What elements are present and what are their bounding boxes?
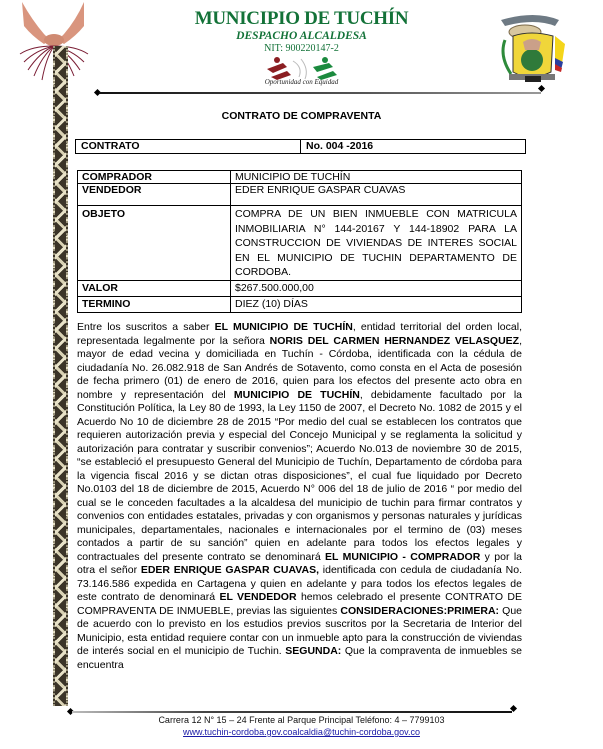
table-row-termino: TERMINO DIEZ (10) DÍAS [78, 297, 521, 312]
text-run: , debidamente facultado por la Constituc… [77, 389, 522, 563]
row-label: VALOR [78, 281, 231, 296]
row-label: TERMINO [78, 297, 231, 312]
table-row-valor: VALOR $267.500.000,00 [78, 281, 521, 297]
bold-text-run: EL MUNICIPIO - COMPRADOR [325, 551, 480, 563]
bold-text-run: EL VENDEDOR [219, 591, 296, 603]
contract-number: No. 004 -2016 [301, 140, 525, 153]
row-label: VENDEDOR [78, 184, 231, 205]
coat-of-arms-icon [495, 6, 603, 88]
woven-strip-decoration [53, 46, 68, 706]
bold-text-run: MUNICIPIO DE TUCHÍN [234, 389, 360, 401]
contract-label: CONTRATO [76, 140, 301, 153]
contract-details-table: COMPRADOR MUNICIPIO DE TUCHÍN VENDEDOR E… [77, 170, 522, 313]
table-row-comprador: COMPRADOR MUNICIPIO DE TUCHÍN [78, 171, 521, 184]
row-label: COMPRADOR [78, 171, 231, 183]
footer-address: Carrera 12 N° 15 – 24 Frente al Parque P… [0, 715, 603, 725]
document-title: CONTRATO DE COMPRAVENTA [0, 110, 603, 122]
table-row-vendedor: VENDEDOR EDER ENRIQUE GASPAR CUAVAS [78, 184, 521, 206]
bold-text-run: EDER ENRIQUE GASPAR CUAVAS, [141, 564, 319, 576]
footer-rule [72, 711, 512, 713]
bold-text-run: SEGUNDA: [285, 645, 341, 657]
row-value: MUNICIPIO DE TUCHÍN [231, 171, 521, 183]
contract-body-paragraph: Entre los suscritos a saber EL MUNICIPIO… [77, 321, 522, 672]
text-run: Entre los suscritos a saber [77, 321, 215, 333]
table-row-objeto: OBJETO COMPRA DE UN BIEN INMUEBLE CON MA… [78, 206, 521, 281]
bold-text-run: EL MUNICIPIO DE TUCHÍN [215, 321, 353, 333]
row-value: EDER ENRIQUE GASPAR CUAVAS [231, 184, 521, 205]
contract-number-table: CONTRATO No. 004 -2016 [75, 139, 526, 154]
row-value: COMPRA DE UN BIEN INMUEBLE CON MATRICULA… [231, 206, 521, 280]
row-label: OBJETO [78, 206, 231, 280]
header-rule [99, 92, 541, 94]
bold-text-run: NORIS DEL CARMEN HERNANDEZ VELASQUEZ [270, 335, 519, 347]
row-value: $267.500.000,00 [231, 281, 521, 296]
footer-link-wrap: www.tuchin-cordoba.gov.coalcaldia@tuchin… [0, 727, 603, 737]
row-value: DIEZ (10) DÍAS [231, 297, 521, 312]
bold-text-run: CONSIDERACIONES:PRIMERA: [340, 605, 499, 617]
footer-website-link[interactable]: www.tuchin-cordoba.gov.coalcaldia@tuchin… [183, 727, 420, 737]
